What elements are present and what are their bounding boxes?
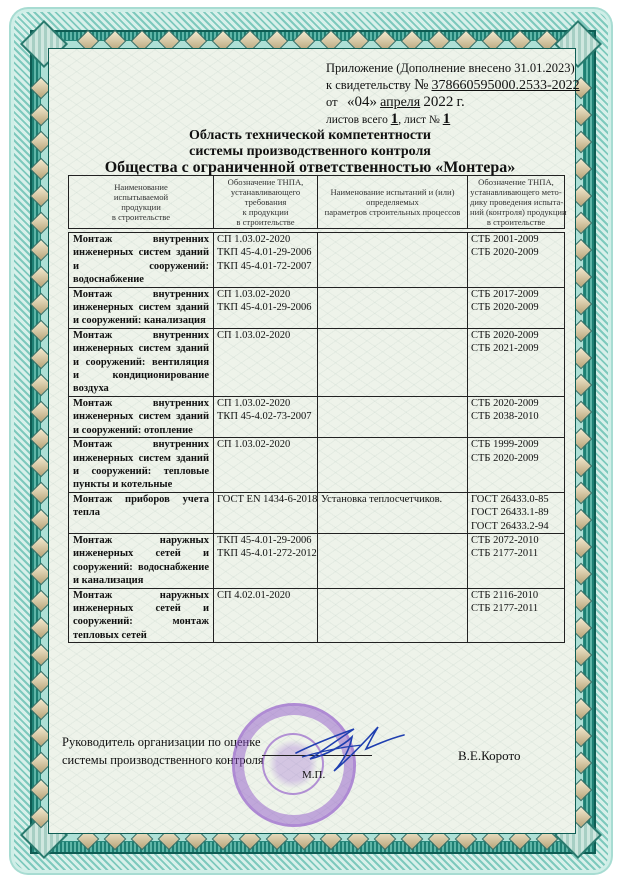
sheets-line: листов всего 1, лист № 1 — [326, 111, 580, 129]
table-row: Монтаж наружных инженерных сетей и соору… — [69, 533, 565, 588]
tnpa-requirements-cell: ГОСТ EN 1434-6-2018 — [214, 492, 318, 533]
tnpa-requirements-cell: СП 4.02.01-2020 — [214, 588, 318, 643]
tests-cell — [318, 588, 468, 643]
table-row: Монтаж внутренних инженерных систем здан… — [69, 438, 565, 493]
product-cell: Монтаж внутренних инженерных систем здан… — [69, 328, 214, 396]
standard-code: СТБ 2116-2010 — [471, 589, 561, 602]
header-text: в строительстве — [71, 212, 211, 222]
tnpa-methods-cell: СТБ 2072-2010СТБ 2177-2011 — [468, 533, 565, 588]
tnpa-requirements-cell: СП 1.03.02-2020ТКП 45-4.01-29-2006 — [214, 287, 318, 328]
table-row: Монтаж внутренних инженерных систем здан… — [69, 287, 565, 328]
product-cell: Монтаж внутренних инженерных систем здан… — [69, 233, 214, 288]
scope-table: Монтаж внутренних инженерных систем здан… — [68, 232, 565, 643]
tnpa-requirements-cell: СП 1.03.02-2020 — [214, 328, 318, 396]
standard-code: ТКП 45-4.01-72-2007 — [217, 260, 314, 273]
table-row: Монтаж внутренних инженерных систем здан… — [69, 328, 565, 396]
standard-code: Установка теплосчетчиков. — [321, 493, 464, 506]
standard-code: СТБ 2177-2011 — [471, 547, 561, 560]
certificate-number: 378660595000.2533-2022 — [432, 78, 580, 93]
product-cell: Монтаж наружных инженерных сетей и соору… — [69, 533, 214, 588]
tests-cell — [318, 233, 468, 288]
standard-code: СТБ 2038-2010 — [471, 410, 561, 423]
table-row: Монтаж внутренних инженерных систем здан… — [69, 396, 565, 437]
header-row: Наименованиеиспытываемойпродукциив строи… — [69, 176, 565, 229]
tnpa-methods-cell: ГОСТ 26433.0-85ГОСТ 26433.1-89ГОСТ 26433… — [468, 492, 565, 533]
standard-code: СП 1.03.02-2020 — [217, 397, 314, 410]
product-cell: Монтаж приборов учета тепла — [69, 492, 214, 533]
standard-code: СП 1.03.02-2020 — [217, 438, 314, 451]
header-text: Обозначение ТНПА, — [470, 177, 562, 187]
header-cell-tnpa-requirements: Обозначение ТНПА,устанавливающеготребова… — [214, 176, 318, 229]
standard-code: ГОСТ EN 1434-6-2018 — [217, 493, 314, 506]
table-row: Монтаж внутренних инженерных систем здан… — [69, 233, 565, 288]
standard-code: СП 4.02.01-2020 — [217, 589, 314, 602]
standard-code: ТКП 45-4.01-29-2006 — [217, 301, 314, 314]
header-text: Наименование — [71, 182, 211, 192]
certificate-date-line: от «04» апреля 2022 г. — [326, 94, 580, 111]
product-cell: Монтаж внутренних инженерных систем здан… — [69, 287, 214, 328]
product-cell: Монтаж внутренних инженерных систем здан… — [69, 396, 214, 437]
standard-code: ТКП 45-4.01-272-2012 — [217, 547, 314, 560]
document-title-line2: системы производственного контроля — [60, 144, 560, 160]
standard-code: СТБ 2177-2011 — [471, 602, 561, 615]
standard-code: ТКП 45-4.01-29-2006 — [217, 534, 314, 547]
standard-code: СП 1.03.02-2020 — [217, 329, 314, 342]
tnpa-requirements-cell: СП 1.03.02-2020ТКП 45-4.02-73-2007 — [214, 396, 318, 437]
standard-code: СТБ 2021-2009 — [471, 342, 561, 355]
standard-code: ТКП 45-4.02-73-2007 — [217, 410, 314, 423]
handwritten-signature-icon — [292, 715, 412, 775]
header-text: в строительстве — [470, 217, 562, 227]
tnpa-methods-cell: СТБ 2001-2009СТБ 2020-2009 — [468, 233, 565, 288]
standard-code: СТБ 2020-2009 — [471, 397, 561, 410]
header-text: к продукции — [216, 207, 315, 217]
standard-code: ГОСТ 26433.2-94 — [471, 520, 561, 533]
header-cell-product: Наименованиеиспытываемойпродукциив строи… — [69, 176, 214, 229]
header-text: устанавливающего мето- — [470, 187, 562, 197]
appendix-line: Приложение (Дополнение внесено 31.01.202… — [326, 60, 580, 77]
header-text: продукции — [71, 202, 211, 212]
tnpa-methods-cell: СТБ 1999-2009СТБ 2020-2009 — [468, 438, 565, 493]
standard-code: СТБ 2001-2009 — [471, 233, 561, 246]
tests-cell — [318, 438, 468, 493]
header-text: дику проведения испыта- — [470, 197, 562, 207]
table-row: Монтаж приборов учета теплаГОСТ EN 1434-… — [69, 492, 565, 533]
standard-code: ГОСТ 26433.1-89 — [471, 506, 561, 519]
standard-code: СТБ 2020-2009 — [471, 246, 561, 259]
product-cell: Монтаж наружных инженерных сетей и соору… — [69, 588, 214, 643]
tnpa-methods-cell: СТБ 2020-2009СТБ 2021-2009 — [468, 328, 565, 396]
signatory-name: В.Е.Корото — [458, 748, 520, 764]
header-text: требования — [216, 197, 315, 207]
seal-mark-label: М.П. — [302, 769, 325, 781]
header-text: определяемых — [320, 197, 465, 207]
document-title-line1: Область технической компетентности — [60, 128, 560, 144]
header-text: Наименование испытаний и (или) — [320, 187, 465, 197]
tnpa-methods-cell: СТБ 2020-2009СТБ 2038-2010 — [468, 396, 565, 437]
scope-table-header: Наименованиеиспытываемойпродукциив строи… — [68, 175, 565, 229]
header-text: испытываемой — [71, 192, 211, 202]
header-text: ний (контроля) продукции — [470, 207, 562, 217]
standard-code: СТБ 2020-2009 — [471, 452, 561, 465]
header-cell-tnpa-methods: Обозначение ТНПА,устанавливающего мето-д… — [468, 176, 565, 229]
standard-code: СТБ 2020-2009 — [471, 329, 561, 342]
tnpa-requirements-cell: СП 1.03.02-2020 — [214, 438, 318, 493]
tests-cell — [318, 396, 468, 437]
tnpa-requirements-cell: ТКП 45-4.01-29-2006ТКП 45-4.01-272-2012 — [214, 533, 318, 588]
standard-code: ТКП 45-4.01-29-2006 — [217, 246, 314, 259]
tests-cell — [318, 287, 468, 328]
header-text: устанавливающего — [216, 187, 315, 197]
tests-cell — [318, 328, 468, 396]
standard-code: СТБ 2072-2010 — [471, 534, 561, 547]
standard-code: ГОСТ 26433.0-85 — [471, 493, 561, 506]
tests-cell: Установка теплосчетчиков. — [318, 492, 468, 533]
header-text: Обозначение ТНПА, — [216, 177, 315, 187]
certificate-number-line: к свидетельству № 378660595000.2533-2022 — [326, 77, 580, 94]
standard-code: СП 1.03.02-2020 — [217, 288, 314, 301]
tnpa-requirements-cell: СП 1.03.02-2020ТКП 45-4.01-29-2006ТКП 45… — [214, 233, 318, 288]
header-text: в строительстве — [216, 217, 315, 227]
product-cell: Монтаж внутренних инженерных систем здан… — [69, 438, 214, 493]
standard-code: СТБ 1999-2009 — [471, 438, 561, 451]
tests-cell — [318, 533, 468, 588]
standard-code: СТБ 2020-2009 — [471, 301, 561, 314]
standard-code: СП 1.03.02-2020 — [217, 233, 314, 246]
sheet-number: 1 — [443, 111, 451, 127]
standard-code: СТБ 2017-2009 — [471, 288, 561, 301]
header-cell-tests: Наименование испытаний и (или)определяем… — [318, 176, 468, 229]
header-text: параметров строительных процессов — [320, 207, 465, 217]
appendix-header: Приложение (Дополнение внесено 31.01.202… — [326, 60, 580, 129]
certificate-date-month: апреля — [380, 95, 420, 110]
tnpa-methods-cell: СТБ 2116-2010СТБ 2177-2011 — [468, 588, 565, 643]
tnpa-methods-cell: СТБ 2017-2009СТБ 2020-2009 — [468, 287, 565, 328]
table-row: Монтаж наружных инженерных сетей и соору… — [69, 588, 565, 643]
